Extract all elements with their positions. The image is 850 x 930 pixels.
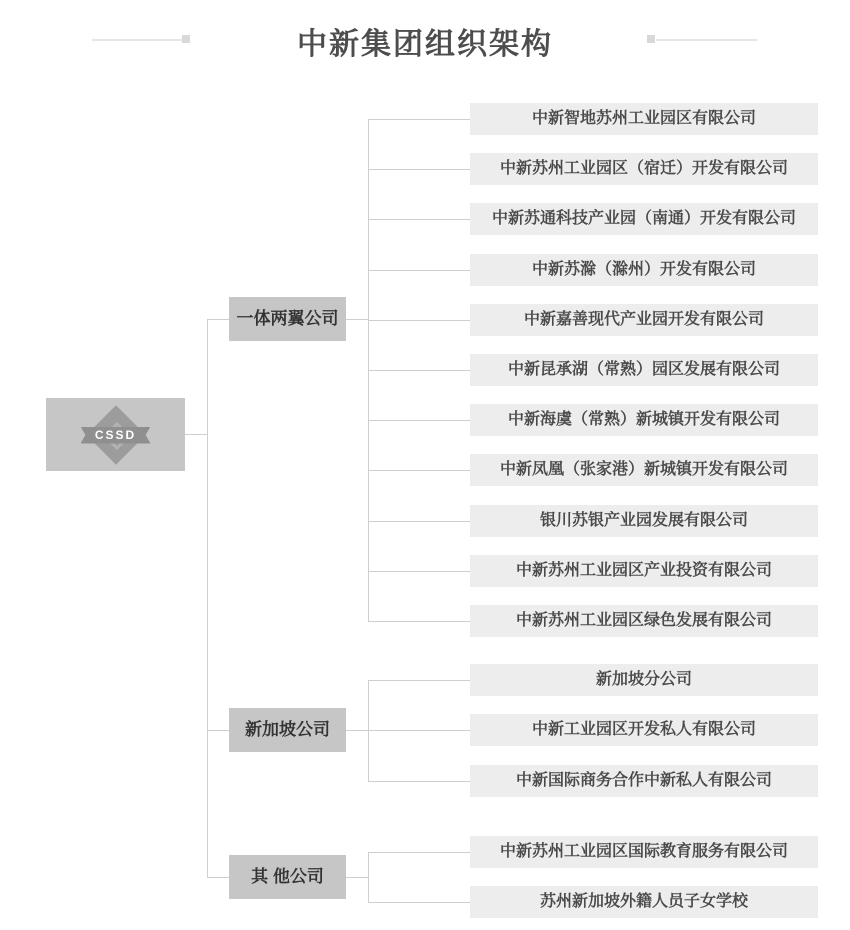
company-node: 中新苏州工业园区（宿迁）开发有限公司: [470, 153, 818, 185]
connector: [185, 434, 207, 435]
company-node: 中新昆承湖（常熟）园区发展有限公司: [470, 354, 818, 386]
connector: [368, 169, 470, 170]
company-node: 中新苏滁（滁州）开发有限公司: [470, 254, 818, 286]
root-node: CSSD: [46, 398, 185, 471]
org-chart: 中新集团组织架构 CSSD 一体两翼公司 新加坡公司 其 他公司 中新智地苏州工…: [0, 0, 850, 930]
connector: [368, 270, 470, 271]
logo-text: CSSD: [95, 428, 136, 442]
company-node: 中新嘉善现代产业园开发有限公司: [470, 304, 818, 336]
connector: [207, 319, 208, 878]
company-node: 中新苏州工业园区国际教育服务有限公司: [470, 836, 818, 868]
connector: [368, 852, 470, 853]
connector: [368, 470, 470, 471]
connector: [368, 852, 369, 903]
title-decor-square-right: [647, 35, 655, 43]
company-node: 中新苏通科技产业园（南通）开发有限公司: [470, 203, 818, 235]
company-node: 中新苏州工业园区产业投资有限公司: [470, 555, 818, 587]
connector: [368, 621, 470, 622]
title-decor-line-right: [656, 39, 757, 41]
company-node: 苏州新加坡外籍人员子女学校: [470, 886, 818, 918]
company-node: 中新苏州工业园区绿色发展有限公司: [470, 605, 818, 637]
connector: [368, 680, 470, 681]
connector: [346, 319, 368, 320]
connector: [207, 730, 229, 731]
company-node: 中新工业园区开发私人有限公司: [470, 714, 818, 746]
company-node: 新加坡分公司: [470, 664, 818, 696]
group-node-other: 其 他公司: [229, 855, 346, 899]
connector: [368, 571, 470, 572]
company-node: 银川苏银产业园发展有限公司: [470, 505, 818, 537]
company-node: 中新国际商务合作中新私人有限公司: [470, 765, 818, 797]
group-node-singapore: 新加坡公司: [229, 708, 346, 752]
cssd-logo-icon: CSSD: [87, 406, 145, 464]
connector: [368, 902, 470, 903]
connector: [346, 730, 368, 731]
connector: [207, 877, 229, 878]
company-node: 中新智地苏州工业园区有限公司: [470, 103, 818, 135]
connector: [368, 781, 470, 782]
logo-ribbon: CSSD: [81, 427, 151, 444]
connector: [368, 680, 369, 782]
company-node: 中新凤凰（张家港）新城镇开发有限公司: [470, 454, 818, 486]
page-title: 中新集团组织架构: [0, 19, 850, 63]
connector: [368, 521, 470, 522]
connector: [346, 877, 368, 878]
group-node-one-body-two-wings: 一体两翼公司: [229, 297, 346, 341]
connector: [207, 319, 229, 320]
connector: [368, 119, 470, 120]
connector: [368, 219, 470, 220]
company-node: 中新海虞（常熟）新城镇开发有限公司: [470, 404, 818, 436]
connector: [368, 370, 470, 371]
connector: [368, 420, 470, 421]
connector: [368, 730, 470, 731]
connector: [368, 320, 470, 321]
